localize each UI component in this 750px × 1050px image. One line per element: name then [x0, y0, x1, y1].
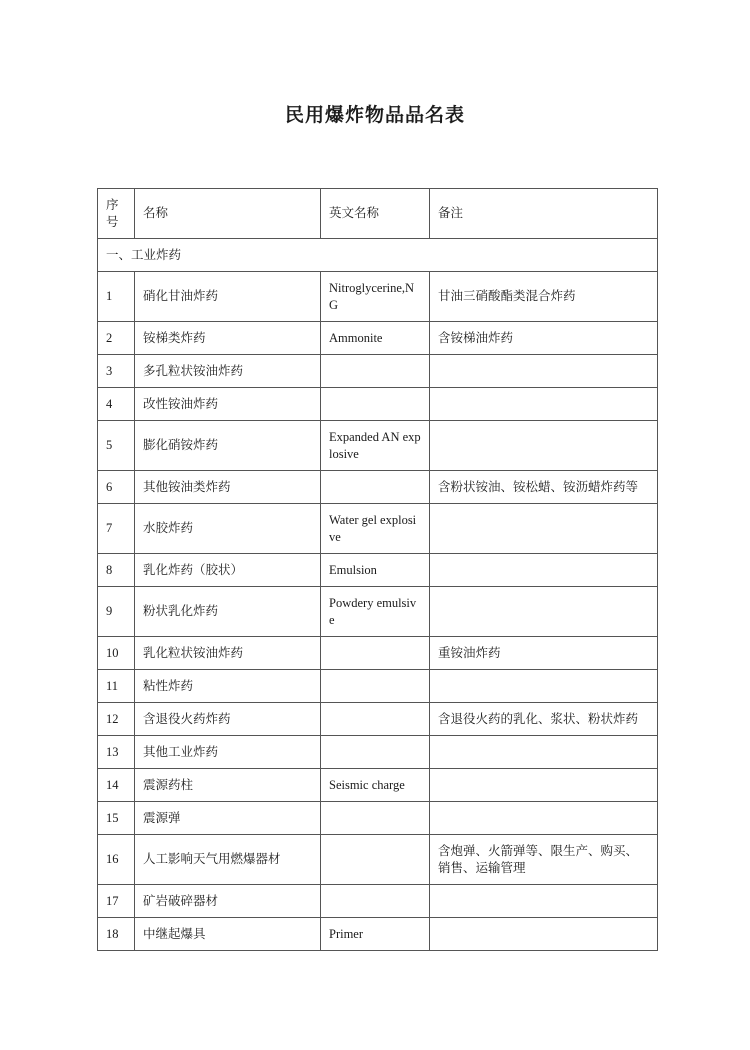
- row-english-name: [321, 388, 430, 421]
- row-english-name: [321, 736, 430, 769]
- table-row: 15 震源弹: [98, 802, 658, 835]
- row-note: [430, 769, 658, 802]
- row-name: 乳化粒状铵油炸药: [135, 637, 321, 670]
- row-english-name: [321, 355, 430, 388]
- row-number: 8: [98, 554, 135, 587]
- table-row: 10 乳化粒状铵油炸药 重铵油炸药: [98, 637, 658, 670]
- row-english-name: [321, 471, 430, 504]
- table-row: 13 其他工业炸药: [98, 736, 658, 769]
- row-note: [430, 554, 658, 587]
- table-row: 9 粉状乳化炸药 Powdery emulsive: [98, 587, 658, 637]
- row-note: [430, 587, 658, 637]
- row-note: 重铵油炸药: [430, 637, 658, 670]
- row-english-name: [321, 802, 430, 835]
- row-number: 11: [98, 670, 135, 703]
- table-header-row: 序号 名称 英文名称 备注: [98, 189, 658, 239]
- row-name: 震源弹: [135, 802, 321, 835]
- document-page: 民用爆炸物品品名表 序号 名称 英文名称 备注 一、工业炸药 1 硝化甘油炸药 …: [0, 0, 750, 1050]
- row-note: [430, 355, 658, 388]
- row-name: 硝化甘油炸药: [135, 272, 321, 322]
- table-row: 1 硝化甘油炸药 Nitroglycerine,NG 甘油三硝酸酯类混合炸药: [98, 272, 658, 322]
- table-body: 序号 名称 英文名称 备注 一、工业炸药 1 硝化甘油炸药 Nitroglyce…: [98, 189, 658, 951]
- table-row: 6 其他铵油类炸药 含粉状铵油、铵松蜡、铵沥蜡炸药等: [98, 471, 658, 504]
- row-note: 含炮弹、火箭弹等、限生产、购买、销售、运输管理: [430, 835, 658, 885]
- row-english-name: Seismic charge: [321, 769, 430, 802]
- row-name: 乳化炸药（胶状）: [135, 554, 321, 587]
- row-number: 9: [98, 587, 135, 637]
- row-english-name: Powdery emulsive: [321, 587, 430, 637]
- row-english-name: [321, 637, 430, 670]
- row-english-name: Emulsion: [321, 554, 430, 587]
- table-row: 5 膨化硝铵炸药 Expanded AN explosive: [98, 421, 658, 471]
- row-name: 粉状乳化炸药: [135, 587, 321, 637]
- row-note: [430, 802, 658, 835]
- row-english-name: Ammonite: [321, 322, 430, 355]
- row-number: 7: [98, 504, 135, 554]
- row-english-name: [321, 670, 430, 703]
- row-note: [430, 421, 658, 471]
- row-note: 含粉状铵油、铵松蜡、铵沥蜡炸药等: [430, 471, 658, 504]
- row-number: 1: [98, 272, 135, 322]
- row-number: 3: [98, 355, 135, 388]
- row-note: [430, 504, 658, 554]
- row-note: [430, 885, 658, 918]
- header-note: 备注: [430, 189, 658, 239]
- row-number: 4: [98, 388, 135, 421]
- row-name: 多孔粒状铵油炸药: [135, 355, 321, 388]
- row-number: 14: [98, 769, 135, 802]
- row-note: [430, 736, 658, 769]
- row-name: 铵梯类炸药: [135, 322, 321, 355]
- table-row: 4 改性铵油炸药: [98, 388, 658, 421]
- row-name: 膨化硝铵炸药: [135, 421, 321, 471]
- row-note: [430, 918, 658, 951]
- table-row: 14 震源药柱 Seismic charge: [98, 769, 658, 802]
- header-name: 名称: [135, 189, 321, 239]
- table-row: 7 水胶炸药 Water gel explosive: [98, 504, 658, 554]
- table-row: 8 乳化炸药（胶状） Emulsion: [98, 554, 658, 587]
- table-row: 11 粘性炸药: [98, 670, 658, 703]
- table-row: 17 矿岩破碎器材: [98, 885, 658, 918]
- row-name: 人工影响天气用燃爆器材: [135, 835, 321, 885]
- table-row: 12 含退役火药炸药 含退役火药的乳化、浆状、粉状炸药: [98, 703, 658, 736]
- row-name: 其他工业炸药: [135, 736, 321, 769]
- row-name: 水胶炸药: [135, 504, 321, 554]
- row-english-name: Nitroglycerine,NG: [321, 272, 430, 322]
- row-name: 矿岩破碎器材: [135, 885, 321, 918]
- table-row: 3 多孔粒状铵油炸药: [98, 355, 658, 388]
- section-label: 一、工业炸药: [98, 239, 658, 272]
- row-note: 含退役火药的乳化、浆状、粉状炸药: [430, 703, 658, 736]
- row-number: 15: [98, 802, 135, 835]
- table-row: 18 中继起爆具 Primer: [98, 918, 658, 951]
- table-row: 16 人工影响天气用燃爆器材 含炮弹、火箭弹等、限生产、购买、销售、运输管理: [98, 835, 658, 885]
- header-no: 序号: [98, 189, 135, 239]
- row-english-name: [321, 885, 430, 918]
- row-name: 粘性炸药: [135, 670, 321, 703]
- row-note: 甘油三硝酸酯类混合炸药: [430, 272, 658, 322]
- row-name: 其他铵油类炸药: [135, 471, 321, 504]
- row-english-name: [321, 835, 430, 885]
- row-number: 12: [98, 703, 135, 736]
- row-name: 改性铵油炸药: [135, 388, 321, 421]
- page-title: 民用爆炸物品品名表: [0, 0, 750, 129]
- table-row: 2 铵梯类炸药 Ammonite 含铵梯油炸药: [98, 322, 658, 355]
- section-row: 一、工业炸药: [98, 239, 658, 272]
- row-note: [430, 388, 658, 421]
- row-note: 含铵梯油炸药: [430, 322, 658, 355]
- row-name: 中继起爆具: [135, 918, 321, 951]
- row-name: 含退役火药炸药: [135, 703, 321, 736]
- row-english-name: [321, 703, 430, 736]
- row-english-name: Water gel explosive: [321, 504, 430, 554]
- row-number: 6: [98, 471, 135, 504]
- row-number: 16: [98, 835, 135, 885]
- row-english-name: Expanded AN explosive: [321, 421, 430, 471]
- row-number: 10: [98, 637, 135, 670]
- explosives-name-table: 序号 名称 英文名称 备注 一、工业炸药 1 硝化甘油炸药 Nitroglyce…: [97, 188, 658, 951]
- row-number: 5: [98, 421, 135, 471]
- row-note: [430, 670, 658, 703]
- row-number: 13: [98, 736, 135, 769]
- row-name: 震源药柱: [135, 769, 321, 802]
- header-en: 英文名称: [321, 189, 430, 239]
- row-english-name: Primer: [321, 918, 430, 951]
- row-number: 2: [98, 322, 135, 355]
- row-number: 18: [98, 918, 135, 951]
- row-number: 17: [98, 885, 135, 918]
